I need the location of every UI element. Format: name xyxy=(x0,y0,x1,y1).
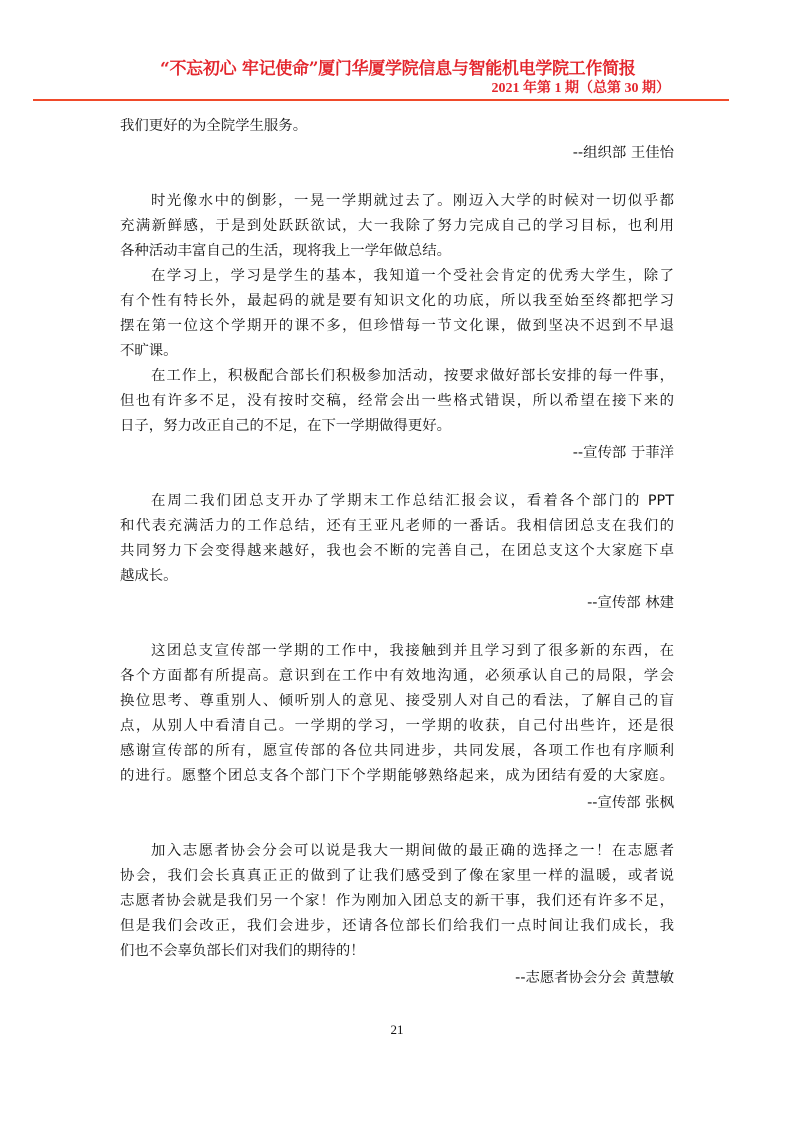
text-line: 们也不会辜负部长们对我们的期待的！ xyxy=(120,939,674,964)
text-line: 加入志愿者协会分会可以说是我大一期间做的最正确的选择之一！在志愿者 xyxy=(120,839,674,864)
signature: --宣传部 于菲洋 xyxy=(120,439,674,467)
paragraph: 时光像水中的倒影，一晃一学期就过去了。刚迈入大学的时候对一切似乎都 充满新鲜感，… xyxy=(120,189,674,264)
text-line: 但也有许多不足，没有按时交稿，经常会出一些格式错误，所以希望在接下来的 xyxy=(120,389,674,414)
text-line: 我们更好的为全院学生服务。 xyxy=(120,114,674,139)
article-publicity-dept-3: 这团总支宣传部一学期的工作中，我接触到并且学习到了很多新的东西，在 各个方面都有… xyxy=(120,639,674,817)
text-line: 感谢宣传部的所有，愿宣传部的各位共同进步，共同发展，各项工作也有序顺利 xyxy=(120,739,674,764)
text-line: 点，从别人中看清自己。一学期的学习，一学期的收获，自己付出些许，还是很 xyxy=(120,714,674,739)
text-line: 不旷课。 xyxy=(120,339,674,364)
text-line: 在工作上，积极配合部长们积极参加活动，按要求做好部长安排的每一件事， xyxy=(120,364,674,389)
signature: --组织部 王佳怡 xyxy=(120,139,674,167)
text-line: 志愿者协会就是我们另一个家！作为刚加入团总支的新干事，我们还有许多不足， xyxy=(120,889,674,914)
text-line: 在学习上，学习是学生的基本，我知道一个受社会肯定的优秀大学生，除了 xyxy=(120,264,674,289)
text-line: 这团总支宣传部一学期的工作中，我接触到并且学习到了很多新的东西，在 xyxy=(120,639,674,664)
text-line: 但是我们会改正，我们会进步，还请各位部长们给我们一点时间让我们成长，我 xyxy=(120,914,674,939)
document-header: “不忘初心 牢记使命”厦门华厦学院信息与智能机电学院工作简报 2021 年第 1… xyxy=(0,0,794,104)
text-line: 共同努力下会变得越来越好，我也会不断的完善自己，在团总支这个大家庭下卓 xyxy=(120,539,674,564)
text-line: 时光像水中的倒影，一晃一学期就过去了。刚迈入大学的时候对一切似乎都 xyxy=(120,189,674,214)
paragraph: 这团总支宣传部一学期的工作中，我接触到并且学习到了很多新的东西，在 各个方面都有… xyxy=(120,639,674,789)
header-divider xyxy=(33,99,729,101)
signature: --宣传部 张枫 xyxy=(120,789,674,817)
signature: --宣传部 林建 xyxy=(120,589,674,617)
article-publicity-dept-1: 时光像水中的倒影，一晃一学期就过去了。刚迈入大学的时候对一切似乎都 充满新鲜感，… xyxy=(120,189,674,467)
text-line: 在周二我们团总支开办了学期末工作总结汇报会议，看着各个部门的 PPT xyxy=(120,489,674,514)
section-gap xyxy=(120,467,674,489)
paragraph: 在周二我们团总支开办了学期末工作总结汇报会议，看着各个部门的 PPT 和代表充满… xyxy=(120,489,674,589)
text-line: 日子，努力改正自己的不足，在下一学期做得更好。 xyxy=(120,414,674,439)
text-line: 各个方面都有所提高。意识到在工作中有效地沟通，必须承认自己的局限，学会 xyxy=(120,664,674,689)
section-gap xyxy=(120,817,674,839)
text-line: 协会，我们会长真真正正的做到了让我们感受到了像在家里一样的温暖，或者说 xyxy=(120,864,674,889)
paragraph: 加入志愿者协会分会可以说是我大一期间做的最正确的选择之一！在志愿者 协会，我们会… xyxy=(120,839,674,964)
text-line: 的进行。愿整个团总支各个部门下个学期能够熟络起来，成为团结有爱的大家庭。 xyxy=(120,764,674,789)
text-line: 有个性有特长外，最起码的就是要有知识文化的功底，所以我至始至终都把学习 xyxy=(120,289,674,314)
section-gap xyxy=(120,167,674,189)
page-number: 21 xyxy=(0,1022,794,1038)
article-organization-dept: 我们更好的为全院学生服务。 --组织部 王佳怡 xyxy=(120,114,674,167)
text-line: 充满新鲜感，于是到处跃跃欲试，大一我除了努力完成自己的学习目标，也利用 xyxy=(120,214,674,239)
paragraph: 在工作上，积极配合部长们积极参加活动，按要求做好部长安排的每一件事， 但也有许多… xyxy=(120,364,674,439)
document-body: 我们更好的为全院学生服务。 --组织部 王佳怡 时光像水中的倒影，一晃一学期就过… xyxy=(120,114,674,992)
text-line: 越成长。 xyxy=(120,564,674,589)
text-line: 各种活动丰富自己的生活，现将我上一学年做总结。 xyxy=(120,239,674,264)
newsletter-title: “不忘初心 牢记使命”厦门华厦学院信息与智能机电学院工作简报 xyxy=(160,54,680,79)
article-publicity-dept-2: 在周二我们团总支开办了学期末工作总结汇报会议，看着各个部门的 PPT 和代表充满… xyxy=(120,489,674,617)
section-gap xyxy=(120,617,674,639)
signature: --志愿者协会分会 黄慧敏 xyxy=(120,964,674,992)
article-volunteer-association: 加入志愿者协会分会可以说是我大一期间做的最正确的选择之一！在志愿者 协会，我们会… xyxy=(120,839,674,992)
issue-number: 2021 年第 1 期（总第 30 期） xyxy=(492,77,671,97)
text-line: 摆在第一位这个学期开的课不多，但珍惜每一节文化课，做到坚决不迟到不早退 xyxy=(120,314,674,339)
paragraph: 在学习上，学习是学生的基本，我知道一个受社会肯定的优秀大学生，除了 有个性有特长… xyxy=(120,264,674,364)
text-line: 和代表充满活力的工作总结，还有王亚凡老师的一番话。我相信团总支在我们的 xyxy=(120,514,674,539)
text-line: 换位思考、尊重别人、倾听别人的意见、接受别人对自己的看法，了解自己的盲 xyxy=(120,689,674,714)
